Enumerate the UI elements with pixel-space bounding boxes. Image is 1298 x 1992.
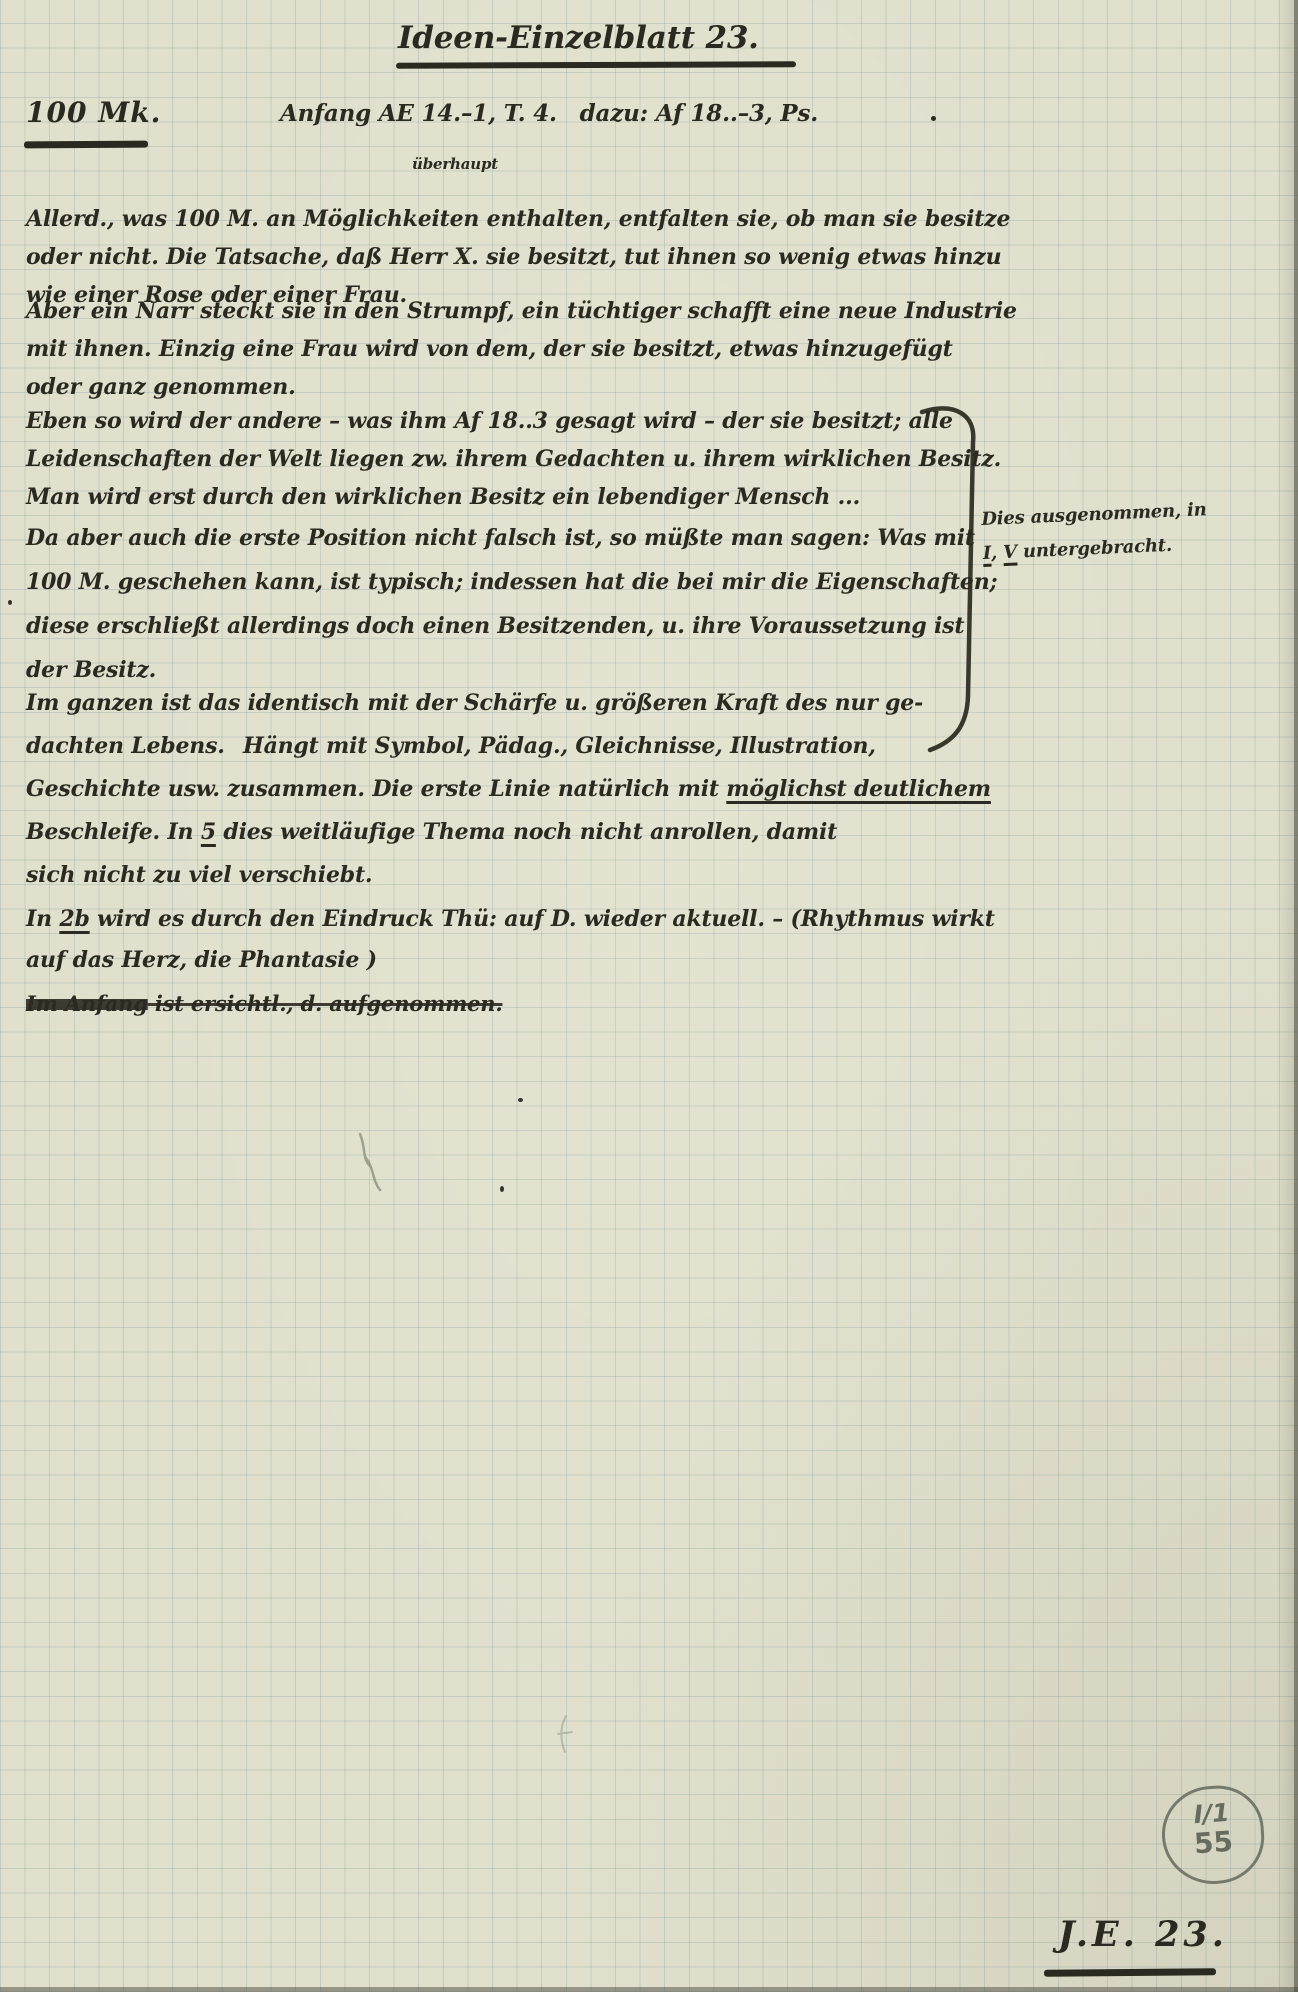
margin-note: Dies ausgenommen, in I, V untergebracht. [981, 493, 1214, 571]
page-edge-bottom [0, 1987, 1298, 1992]
handwritten-line: Beschleife. In 5 dies weitläufige Thema … [26, 811, 991, 854]
manuscript-page: Ideen-Einzelblatt 23. 100 Mk. Anfang AE … [0, 0, 1298, 1992]
handwritten-line: Im ganzen ist das identisch mit der Schä… [26, 682, 991, 725]
handwritten-line: dachten Lebens. Hängt mit Symbol, Pädag.… [26, 725, 991, 768]
handwritten-line: Im Anfang ist ersichtl., d. aufgenommen. [26, 984, 502, 1024]
handwritten-line: Da aber auch die erste Position nicht fa… [26, 516, 997, 560]
handwritten-line: Geschichte usw. zusammen. Die erste Lini… [26, 768, 991, 811]
paragraph-2: Aber ein Narr steckt sie in den Strumpf,… [26, 292, 1017, 406]
paragraph-7: Im Anfang ist ersichtl., d. aufgenommen. [26, 984, 502, 1024]
body: Allerd., was 100 M. an Möglichkeiten ent… [0, 0, 1298, 1992]
pencil-mark [552, 1712, 578, 1756]
handwritten-line: auf das Herz, die Phantasie ) [26, 940, 995, 981]
handwritten-line: 100 M. geschehen kann, ist typisch; inde… [26, 560, 997, 604]
paragraph-3: Eben so wird der andere – was ihm Af 18.… [26, 402, 1001, 516]
pencil-squiggle [352, 1128, 392, 1198]
ink-speck [518, 1098, 523, 1102]
footer-underline [1044, 1968, 1216, 1977]
handwritten-line: In 2b wird es durch den Eindruck Thü: au… [26, 899, 995, 940]
handwritten-line: oder ganz genommen. [26, 368, 1017, 406]
handwritten-line: Man wird erst durch den wirklichen Besit… [26, 478, 1001, 516]
ink-speck [8, 600, 12, 605]
paragraph-6: In 2b wird es durch den Eindruck Thü: au… [26, 899, 995, 981]
paragraph-4: Da aber auch die erste Position nicht fa… [26, 516, 997, 692]
margin-bracket [906, 400, 990, 760]
handwritten-line: mit ihnen. Einzig eine Frau wird von dem… [26, 330, 1017, 368]
handwritten-line: oder nicht. Die Tatsache, daß Herr X. si… [26, 238, 1010, 276]
handwritten-line: diese erschließt allerdings doch einen B… [26, 604, 997, 648]
stamp-number: 55 [1165, 1824, 1263, 1863]
paragraph-5: Im ganzen ist das identisch mit der Schä… [26, 682, 991, 897]
page-edge-right [1294, 0, 1298, 1992]
handwritten-line: Allerd., was 100 M. an Möglichkeiten ent… [26, 200, 1010, 238]
handwritten-line: sich nicht zu viel verschiebt. [26, 854, 991, 897]
handwritten-line: Leidenschaften der Welt liegen zw. ihrem… [26, 440, 1001, 478]
ink-speck [500, 1186, 504, 1192]
footer-code: J.E. 23. [1058, 1914, 1228, 1955]
handwritten-line: Aber ein Narr steckt sie in den Strumpf,… [26, 292, 1017, 330]
handwritten-line: Eben so wird der andere – was ihm Af 18.… [26, 402, 1001, 440]
